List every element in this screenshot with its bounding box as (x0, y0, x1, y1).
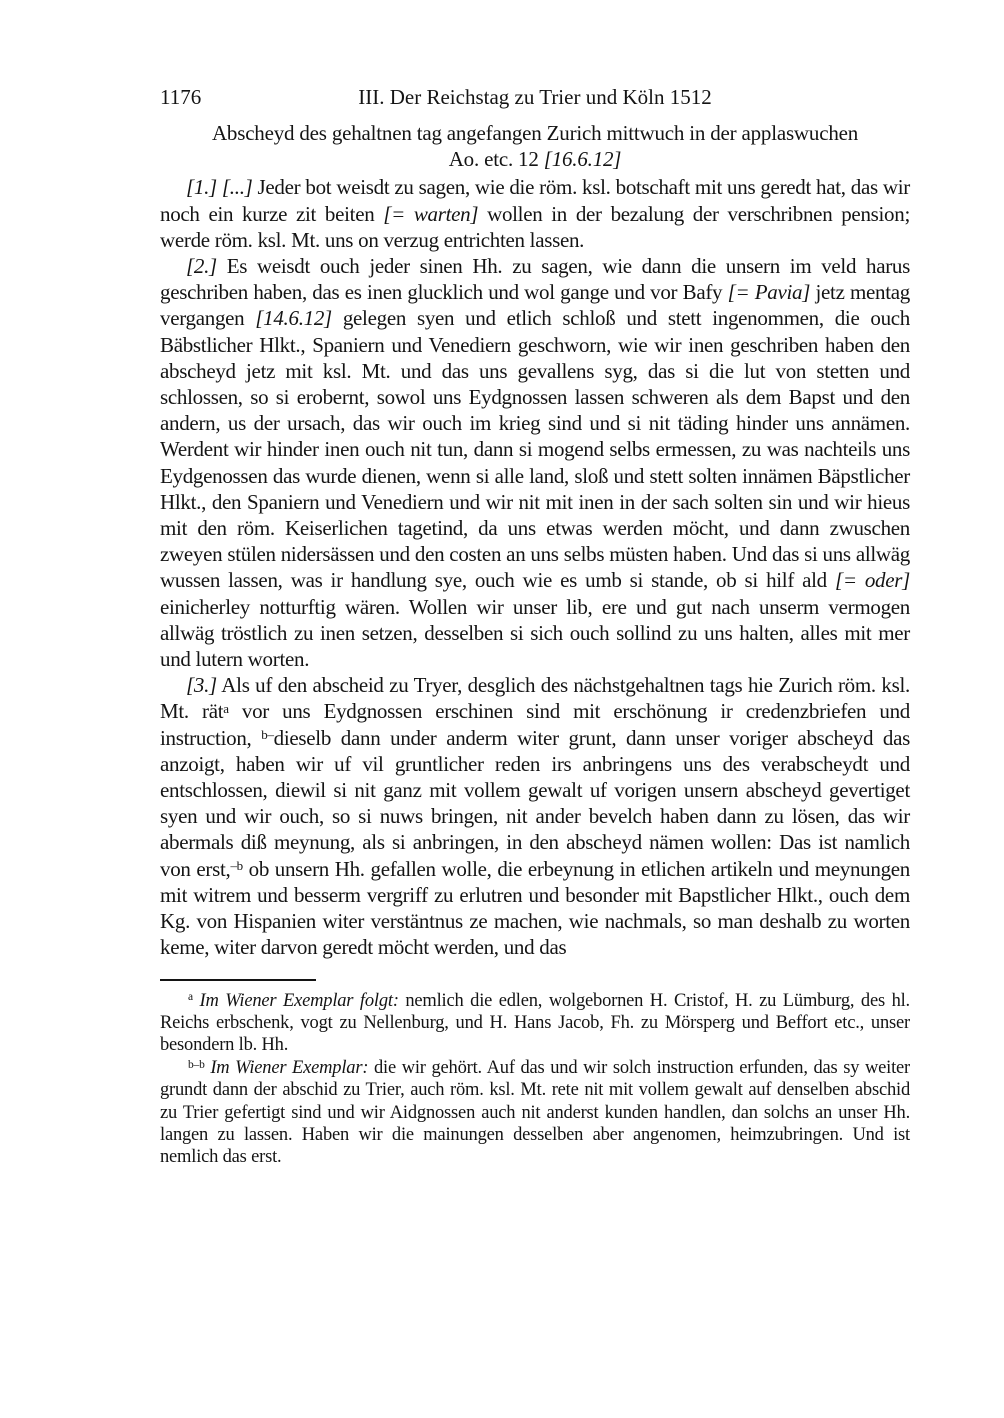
footnote-marker: b–b (188, 1059, 205, 1071)
running-head: 1176 III. Der Reichstag zu Trier und Köl… (160, 84, 910, 111)
document-title: Abscheyd des gehaltnen tag angefangen Zu… (160, 120, 910, 172)
text-run: einicherley notturftig wären. Wollen wir… (160, 595, 910, 671)
italic-run: [3.] (186, 673, 217, 697)
italic-run: [1.] [...] (186, 175, 253, 199)
footnote-b: b–b Im Wiener Exemplar: die wir gehört. … (160, 1057, 910, 1169)
footnote-separator (160, 979, 316, 981)
paragraph-2: [2.] Es weisdt ouch jeder sinen Hh. zu s… (160, 253, 910, 672)
italic-run: [= warten] (383, 202, 478, 226)
footnote-marker: a (188, 991, 193, 1003)
italic-run: [= Pavia] (728, 280, 810, 304)
text-run: gelegen syen und etlich schloß und stett… (160, 306, 910, 592)
italic-run: Im Wiener Exemplar: (210, 1058, 368, 1078)
body-text: [1.] [...] Jeder bot weisdt zu sagen, wi… (160, 174, 910, 960)
italic-run: [16.6.12] (544, 147, 622, 171)
footnote-marker: a (223, 701, 228, 716)
footnote-marker: –b (230, 858, 242, 873)
italic-run: [2.] (186, 254, 217, 278)
running-header-title: III. Der Reichstag zu Trier und Köln 151… (160, 84, 910, 110)
footnotes-section: a Im Wiener Exemplar folgt: nemlich die … (160, 990, 910, 1169)
footnote-marker: b– (261, 727, 273, 742)
text-run: Ao. etc. 12 (449, 147, 544, 171)
paragraph-3: [3.] Als uf den abscheid zu Tryer, desgl… (160, 672, 910, 960)
footnote-a: a Im Wiener Exemplar folgt: nemlich die … (160, 990, 910, 1057)
paragraph-1: [1.] [...] Jeder bot weisdt zu sagen, wi… (160, 174, 910, 253)
italic-run: [14.6.12] (255, 306, 332, 330)
book-page: 1176 III. Der Reichstag zu Trier und Köl… (0, 0, 1004, 1418)
italic-run: Im Wiener Exemplar folgt: (199, 991, 398, 1011)
italic-run: [= oder] (835, 568, 910, 592)
text-run: ob unsern Hh. gefallen wolle, die erbeyn… (160, 857, 910, 960)
document-title-line-1: Abscheyd des gehaltnen tag angefangen Zu… (160, 120, 910, 146)
document-title-line-2: Ao. etc. 12 [16.6.12] (160, 146, 910, 172)
